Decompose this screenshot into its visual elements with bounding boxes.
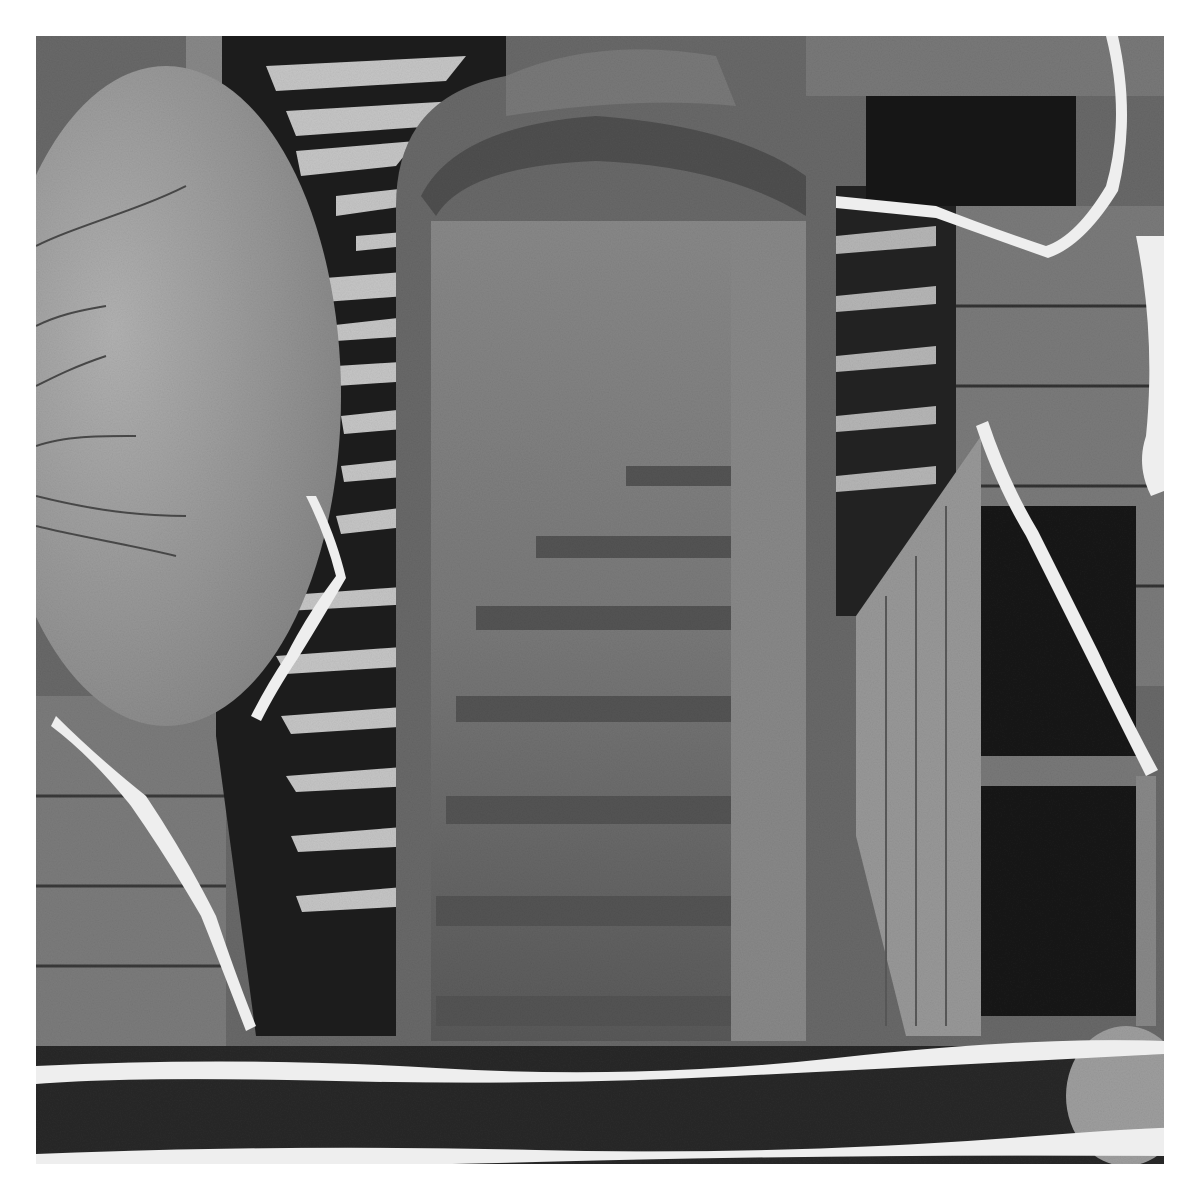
collage-illustration (36, 36, 1164, 1164)
doorway-wall (731, 221, 806, 1041)
collage-artwork (36, 36, 1164, 1164)
